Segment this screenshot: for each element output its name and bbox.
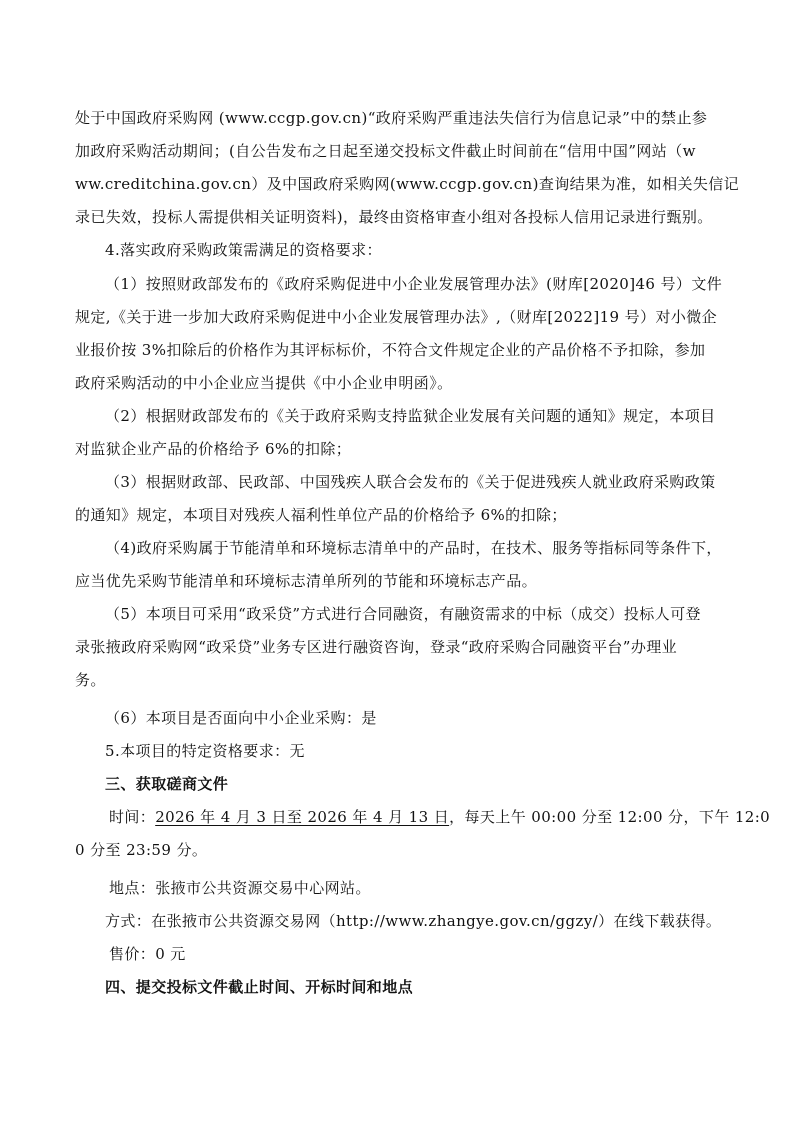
paragraph-line: 录张掖政府采购网“政采贷”业务专区进行融资咨询，登录“政府采购合同融资平台”办理… [75,637,677,657]
paragraph-line: （1）按照财政部发布的《政府采购促进中小企业发展管理办法》(财库[2020]46… [105,274,722,294]
section-4-heading: 四、提交投标文件截止时间、开标时间和地点 [105,977,413,997]
paragraph-line: （5）本项目可采用“政采贷”方式进行合同融资，有融资需求的中标（成交）投标人可登 [105,604,701,624]
paragraph-line: 录已失效，投标人需提供相关证明资料)，最终由资格审查小组对各投标人信用记录进行甄… [75,207,713,227]
paragraph-line: 应当优先采购节能清单和环境标志清单所列的节能和环境标志产品。 [75,571,537,591]
time-label: 时间： [109,808,155,826]
paragraph-line: 的通知》规定，本项目对残疾人福利性单位产品的价格给予 6%的扣除； [75,505,567,525]
paragraph-line: （4)政府采购属于节能清单和环境标志清单中的产品时，在技术、服务等指标同等条件下… [105,538,722,558]
paragraph-line: 加政府采购活动期间；(自公告发布之日起至递交投标文件截止时间前在“信用中国”网站… [75,141,696,161]
paragraph-line: ww.creditchina.gov.cn）及中国政府采购网(www.ccgp.… [75,174,739,194]
paragraph-line: 政府采购活动的中小企业应当提供《中小企业申明函》。 [75,373,453,393]
time-line-2: 0 分至 23:59 分。 [75,840,207,860]
method-line: 方式：在张掖市公共资源交易网（http://www.zhangye.gov.cn… [105,911,721,931]
paragraph-line: 对监狱企业产品的价格给予 6%的扣除； [75,439,351,459]
paragraph-line: 处于中国政府采购网 (www.ccgp.gov.cn)“政府采购严重违法失信行为… [75,108,707,128]
item-5-heading: 5.本项目的特定资格要求：无 [105,741,305,761]
section-3-heading: 三、获取磋商文件 [105,774,228,794]
price-line: 售价：0 元 [109,944,186,964]
paragraph-line: （2）根据财政部发布的《关于政府采购支持监狱企业发展有关问题的通知》规定，本项目 [105,406,716,426]
item-4-heading: 4.落实政府采购政策需满足的资格要求： [105,240,382,260]
paragraph-line: （3）根据财政部、民政部、中国残疾人联合会发布的《关于促进残疾人就业政府采购政策 [105,472,716,492]
paragraph-line: （6）本项目是否面向中小企业采购：是 [105,708,377,728]
paragraph-line: 业报价按 3%扣除后的价格作为其评标标价，不符合文件规定企业的产品价格不予扣除，… [75,340,705,360]
date-range: 2026 年 4 月 3 日至 2026 年 4 月 13 日 [155,808,449,826]
location-line: 地点：张掖市公共资源交易中心网站。 [109,878,371,898]
time-rest: ，每天上午 00:00 分至 12:00 分，下午 12:0 [449,808,770,826]
paragraph-line: 规定,《关于进一步加大政府采购促进中小企业发展管理办法》,（财库[2022]19… [75,307,717,327]
paragraph-line: 务。 [75,670,106,690]
time-line: 时间：2026 年 4 月 3 日至 2026 年 4 月 13 日，每天上午 … [109,807,770,827]
